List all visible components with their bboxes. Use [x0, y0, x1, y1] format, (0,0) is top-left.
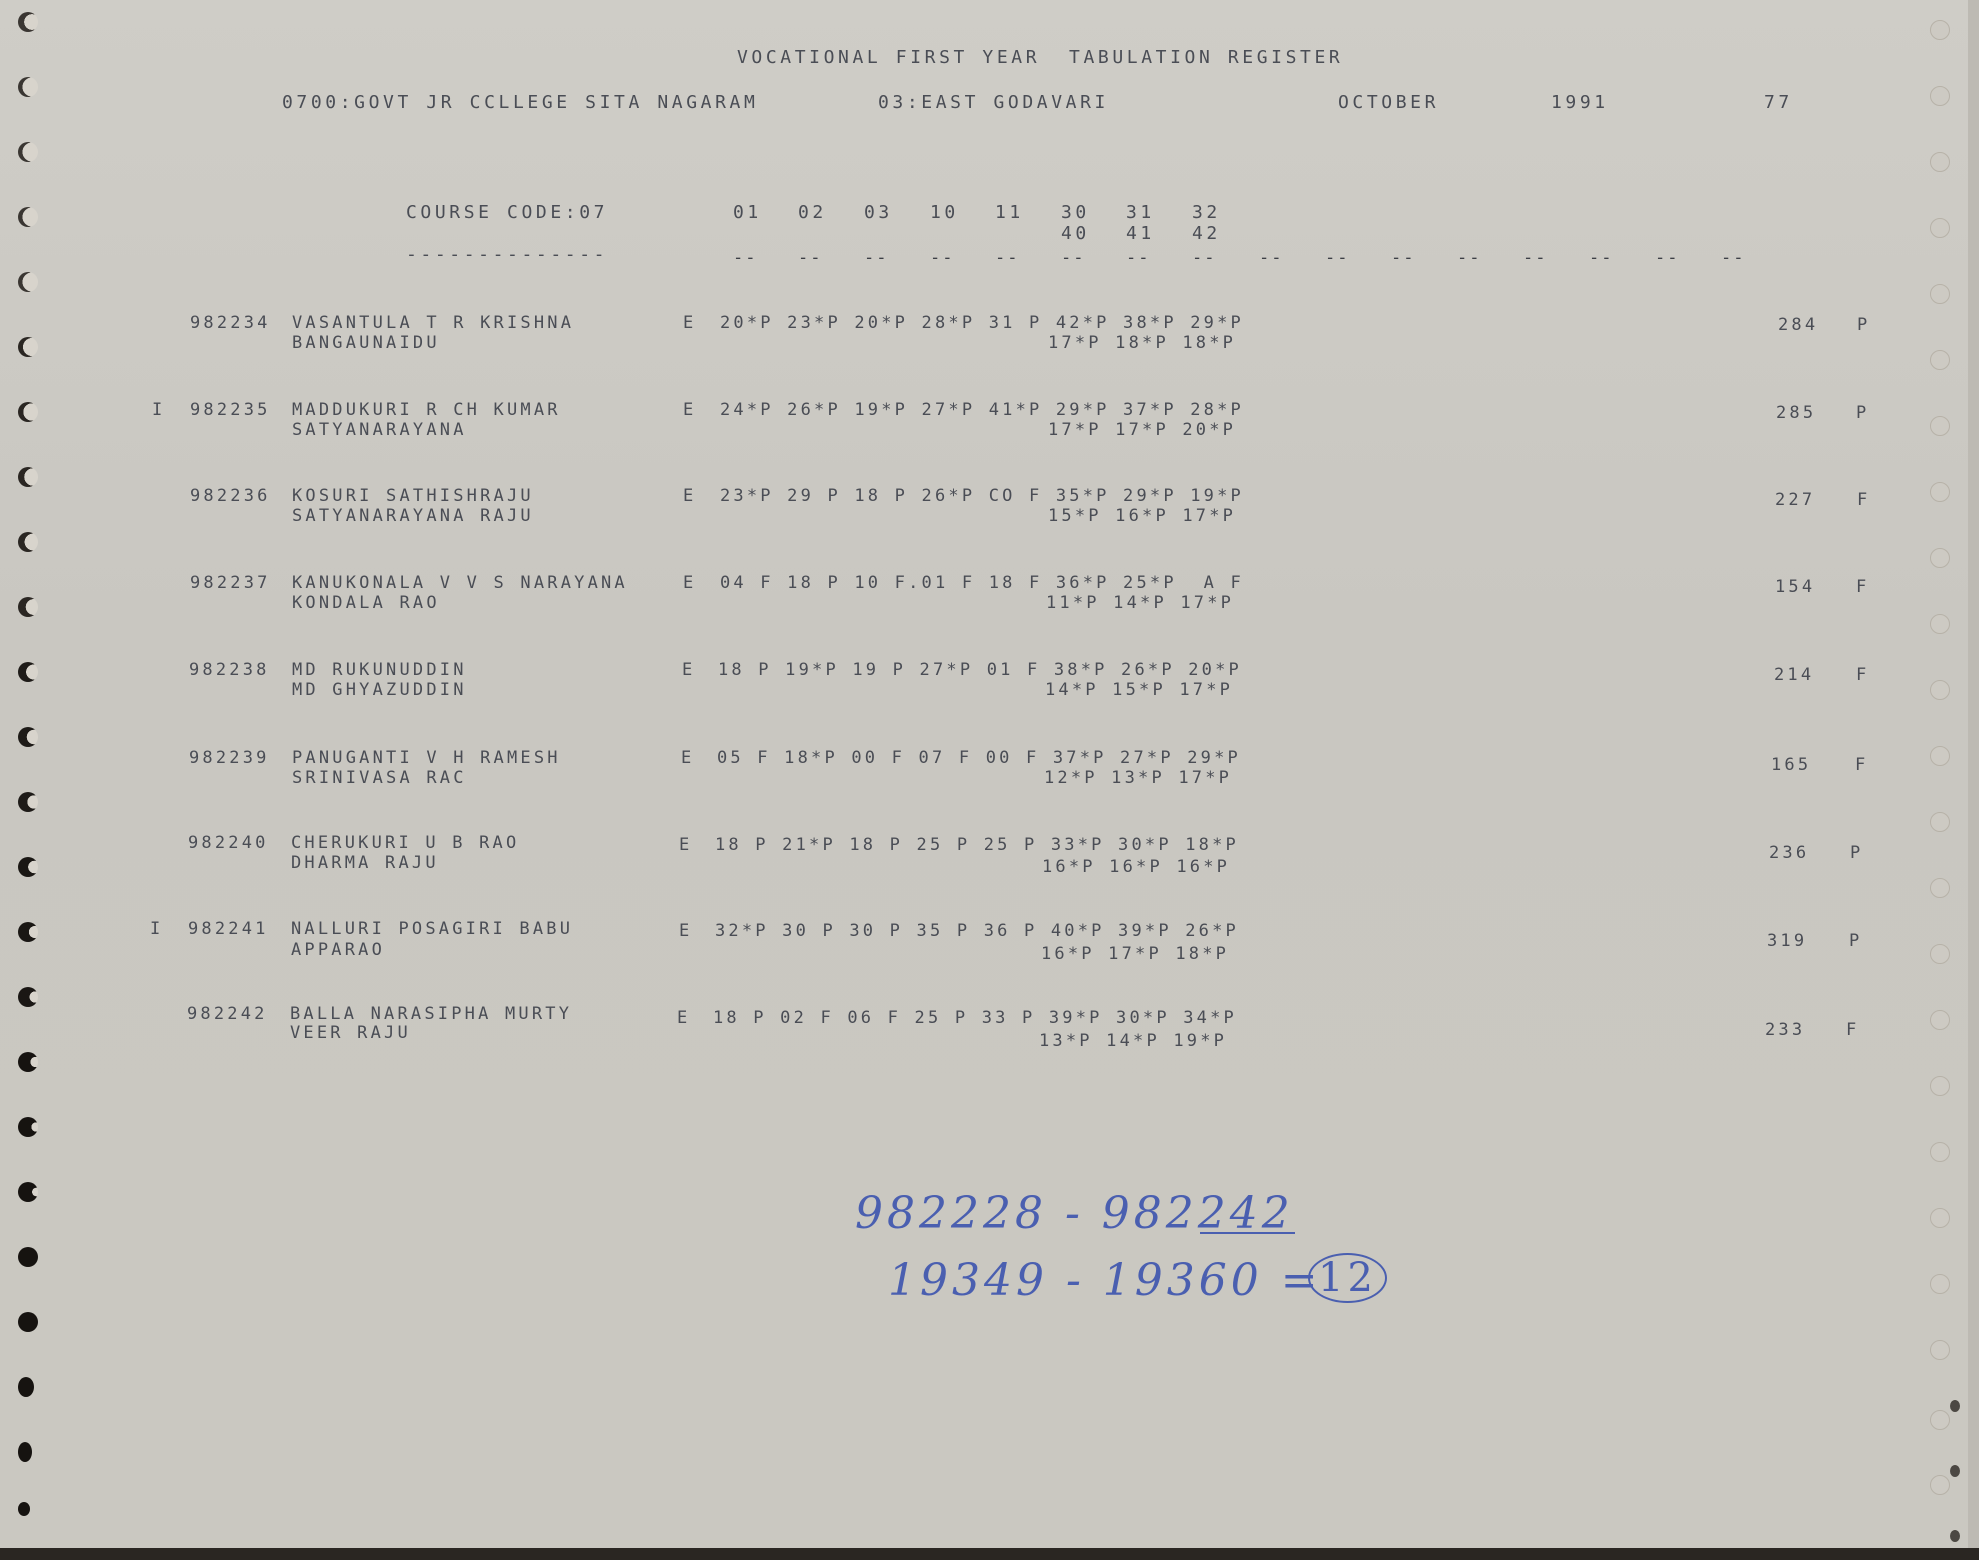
dash-group: -- — [1325, 248, 1349, 268]
medium: E — [679, 835, 692, 855]
marks-line-2: 14*P 15*P 17*P — [1045, 680, 1233, 700]
dash-group: -- — [930, 248, 954, 268]
edge-nub — [1950, 1530, 1960, 1542]
total-marks: 233 — [1765, 1020, 1805, 1040]
feed-hole — [1930, 548, 1950, 568]
flag: I — [150, 919, 163, 939]
dash-group: -- — [1721, 248, 1745, 268]
dash-group: -- — [1457, 248, 1481, 268]
printout-page: VOCATIONAL FIRST YEAR TABULATION REGISTE… — [0, 0, 1970, 1548]
father-name: VEER RAJU — [290, 1023, 411, 1043]
marks-line-2: 16*P 16*P 16*P — [1042, 857, 1230, 877]
student-name: PANUGANTI V H RAMESH — [292, 748, 561, 768]
course-code-underline: -------------- — [406, 245, 608, 265]
feed-hole — [1930, 1410, 1950, 1430]
college-name: 0700:GOVT JR CCLLEGE SITA NAGARAM — [282, 93, 758, 113]
feed-hole — [18, 857, 38, 877]
flag: I — [152, 400, 165, 420]
dash-group: -- — [1061, 248, 1085, 268]
feed-hole — [18, 1052, 38, 1072]
dash-group: -- — [864, 248, 888, 268]
subject-code: 42 — [1192, 224, 1221, 244]
medium: E — [679, 921, 692, 941]
feed-hole — [18, 207, 38, 227]
subject-code: 03 — [864, 203, 893, 223]
feed-hole — [1930, 350, 1950, 370]
feed-hole — [18, 12, 38, 32]
feed-hole — [1930, 746, 1950, 766]
feed-hole — [18, 1312, 38, 1332]
marks-line-2: 16*P 17*P 18*P — [1041, 944, 1229, 964]
father-name: SRINIVASA RAC — [292, 768, 467, 788]
feed-hole — [1930, 152, 1950, 172]
marks-line-2: 15*P 16*P 17*P — [1048, 506, 1236, 526]
father-name: DHARMA RAJU — [291, 853, 439, 873]
feed-hole — [1930, 1475, 1950, 1495]
student-name: MADDUKURI R CH KUMAR — [292, 400, 561, 420]
total-marks: 236 — [1769, 843, 1809, 863]
marks-line-1: 23*P 29 P 18 P 26*P CO F 35*P 29*P 19*P — [720, 486, 1244, 506]
feed-hole — [1930, 416, 1950, 436]
feed-hole — [1930, 1340, 1950, 1360]
subject-code: 02 — [798, 203, 827, 223]
dash-group: -- — [1391, 248, 1415, 268]
medium: E — [683, 573, 696, 593]
reg-number: 982238 — [189, 660, 270, 680]
total-marks: 284 — [1778, 315, 1818, 335]
edge-nub — [1950, 1465, 1960, 1477]
subject-code: 41 — [1126, 224, 1155, 244]
total-marks: 319 — [1767, 931, 1807, 951]
page-number: 77 — [1764, 93, 1793, 113]
district-name: 03:EAST GODAVARI — [878, 93, 1109, 113]
feed-hole — [1930, 1142, 1950, 1162]
father-name: KONDALA RAO — [292, 593, 440, 613]
result: P — [1849, 931, 1862, 951]
medium: E — [683, 400, 696, 420]
circled-count: 12 — [1308, 1253, 1387, 1303]
student-name: MD RUKUNUDDIN — [292, 660, 467, 680]
medium: E — [677, 1008, 690, 1028]
feed-hole — [1930, 614, 1950, 634]
marks-line-2: 17*P 18*P 18*P — [1048, 333, 1236, 353]
result: F — [1846, 1020, 1859, 1040]
medium: E — [683, 313, 696, 333]
feed-hole — [1930, 284, 1950, 304]
handwritten-underline — [1200, 1232, 1295, 1234]
feed-hole — [18, 337, 38, 357]
handwritten-range-2: 19349 - 19360 = — [888, 1255, 1322, 1306]
marks-line-1: 32*P 30 P 30 P 35 P 36 P 40*P 39*P 26*P — [715, 921, 1239, 941]
feed-hole — [18, 1182, 38, 1202]
student-name: VASANTULA T R KRISHNA — [292, 313, 574, 333]
total-marks: 154 — [1775, 577, 1815, 597]
feed-hole — [1930, 218, 1950, 238]
dash-group: -- — [1126, 248, 1150, 268]
reg-number: 982237 — [190, 573, 271, 593]
marks-line-2: 13*P 14*P 19*P — [1039, 1031, 1227, 1051]
reg-number: 982241 — [188, 919, 269, 939]
marks-line-1: 18 P 19*P 19 P 27*P 01 F 38*P 26*P 20*P — [718, 660, 1242, 680]
report-title: VOCATIONAL FIRST YEAR TABULATION REGISTE… — [737, 48, 1343, 68]
student-name: KANUKONALA V V S NARAYANA — [292, 573, 628, 593]
dash-group: -- — [995, 248, 1019, 268]
feed-hole — [18, 987, 38, 1007]
subject-code: 11 — [995, 203, 1024, 223]
exam-year: 1991 — [1551, 93, 1609, 113]
student-name: NALLURI POSAGIRI BABU — [291, 919, 573, 939]
feed-hole — [18, 272, 38, 292]
marks-line-1: 18 P 02 F 06 F 25 P 33 P 39*P 30*P 34*P — [713, 1008, 1237, 1028]
marks-line-1: 04 F 18 P 10 F.01 F 18 F 36*P 25*P A F — [720, 573, 1244, 593]
marks-line-1: 18 P 21*P 18 P 25 P 25 P 33*P 30*P 18*P — [715, 835, 1239, 855]
result: F — [1855, 755, 1868, 775]
subject-code: 10 — [930, 203, 959, 223]
feed-hole — [18, 1117, 38, 1137]
feed-hole — [18, 402, 38, 422]
dash-group: -- — [733, 248, 757, 268]
student-name: KOSURI SATHISHRAJU — [292, 486, 534, 506]
page-bottom-edge — [0, 1548, 1979, 1560]
dash-group: -- — [1192, 248, 1216, 268]
feed-hole — [1930, 1274, 1950, 1294]
feed-hole — [1930, 878, 1950, 898]
feed-hole — [18, 467, 38, 487]
course-code: COURSE CODE:07 — [406, 203, 608, 223]
father-name: MD GHYAZUDDIN — [292, 680, 467, 700]
feed-hole — [18, 532, 38, 552]
reg-number: 982240 — [188, 833, 269, 853]
father-name: APPARAO — [291, 940, 385, 960]
dash-group: -- — [798, 248, 822, 268]
dash-group: -- — [1259, 248, 1283, 268]
total-marks: 227 — [1775, 490, 1815, 510]
dash-group: -- — [1589, 248, 1613, 268]
marks-line-1: 05 F 18*P 00 F 07 F 00 F 37*P 27*P 29*P — [717, 748, 1241, 768]
feed-hole — [18, 1502, 30, 1516]
result: P — [1857, 315, 1870, 335]
student-name: BALLA NARASIPHA MURTY — [290, 1004, 572, 1024]
result: P — [1850, 843, 1863, 863]
feed-hole — [1930, 944, 1950, 964]
feed-hole — [18, 727, 38, 747]
result: F — [1857, 490, 1870, 510]
feed-hole — [1930, 20, 1950, 40]
marks-line-2: 11*P 14*P 17*P — [1046, 593, 1234, 613]
marks-line-2: 17*P 17*P 20*P — [1048, 420, 1236, 440]
exam-month: OCTOBER — [1338, 93, 1439, 113]
subject-code: 30 — [1061, 203, 1090, 223]
subject-code: 32 — [1192, 203, 1221, 223]
result: P — [1856, 403, 1869, 423]
father-name: SATYANARAYANA — [292, 420, 467, 440]
feed-hole — [18, 922, 38, 942]
student-name: CHERUKURI U B RAO — [291, 833, 519, 853]
reg-number: 982242 — [187, 1004, 268, 1024]
feed-hole — [18, 1442, 32, 1462]
feed-hole — [18, 662, 38, 682]
reg-number: 982235 — [190, 400, 271, 420]
subject-code: 31 — [1126, 203, 1155, 223]
result: F — [1856, 577, 1869, 597]
feed-hole — [18, 1247, 38, 1267]
father-name: SATYANARAYANA RAJU — [292, 506, 534, 526]
reg-number: 982236 — [190, 486, 271, 506]
feed-hole — [18, 597, 38, 617]
medium: E — [681, 748, 694, 768]
page-edge — [1968, 0, 1979, 1548]
feed-hole — [1930, 1076, 1950, 1096]
feed-hole — [18, 792, 38, 812]
medium: E — [682, 660, 695, 680]
feed-hole — [18, 77, 38, 97]
dash-group: -- — [1655, 248, 1679, 268]
dash-group: -- — [1523, 248, 1547, 268]
edge-nub — [1950, 1400, 1960, 1412]
subject-code: 40 — [1061, 224, 1090, 244]
total-marks: 214 — [1774, 665, 1814, 685]
feed-hole — [1930, 680, 1950, 700]
total-marks: 165 — [1771, 755, 1811, 775]
father-name: BANGAUNAIDU — [292, 333, 440, 353]
marks-line-1: 20*P 23*P 20*P 28*P 31 P 42*P 38*P 29*P — [720, 313, 1244, 333]
feed-hole — [1930, 1208, 1950, 1228]
result: F — [1856, 665, 1869, 685]
feed-hole — [1930, 1010, 1950, 1030]
total-marks: 285 — [1776, 403, 1816, 423]
reg-number: 982239 — [189, 748, 270, 768]
subject-code: 01 — [733, 203, 762, 223]
marks-line-1: 24*P 26*P 19*P 27*P 41*P 29*P 37*P 28*P — [720, 400, 1244, 420]
marks-line-2: 12*P 13*P 17*P — [1044, 768, 1232, 788]
feed-hole — [1930, 812, 1950, 832]
feed-hole — [1930, 86, 1950, 106]
feed-hole — [18, 142, 38, 162]
reg-number: 982234 — [190, 313, 271, 333]
feed-hole — [18, 1377, 34, 1397]
feed-hole — [1930, 482, 1950, 502]
medium: E — [683, 486, 696, 506]
